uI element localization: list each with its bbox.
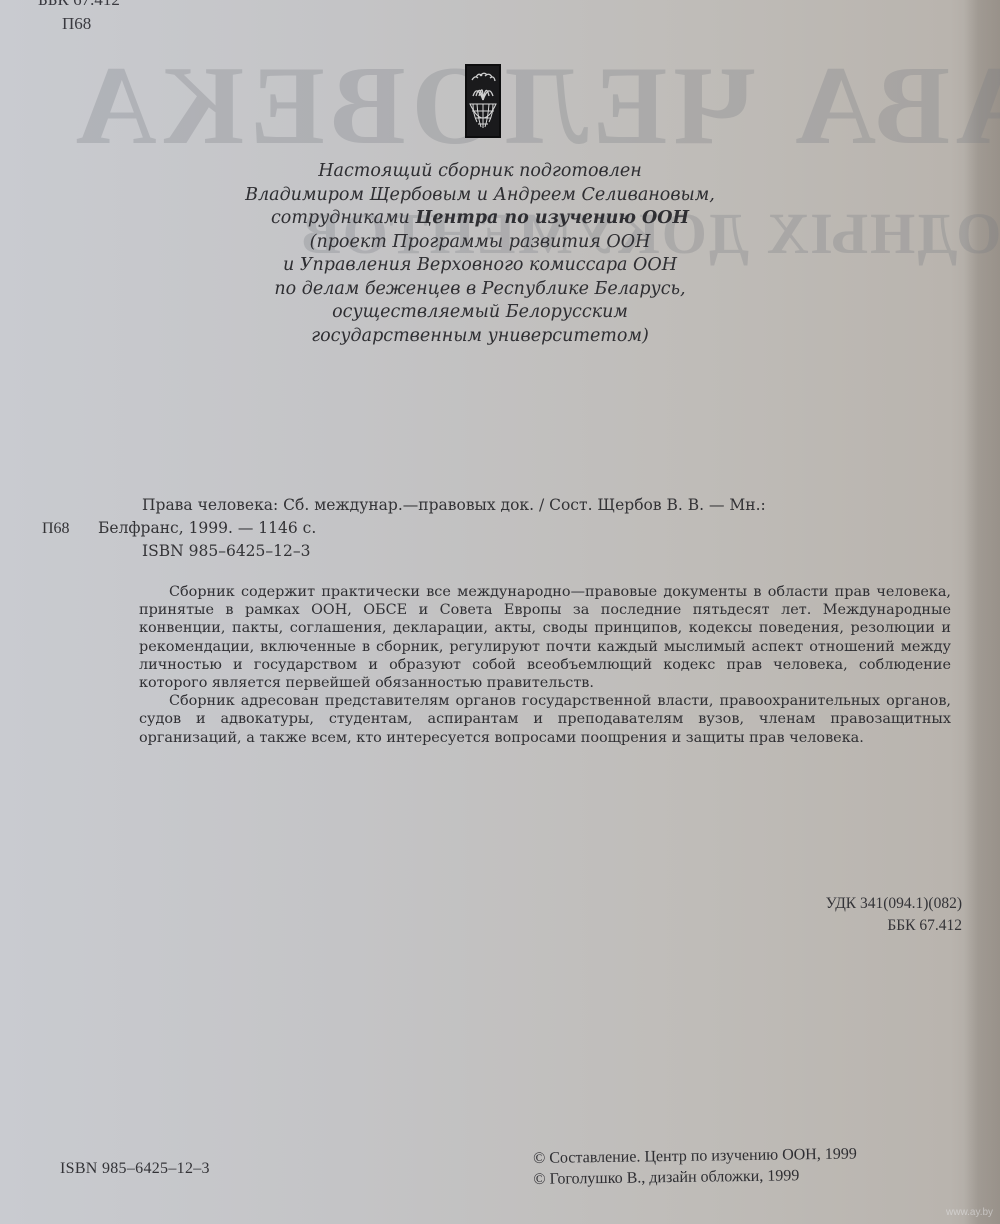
author-mark-top: П68 <box>62 14 91 34</box>
credits-line: осуществляемый Белорусским <box>170 301 790 325</box>
abstract-paragraph: Сборник адресован представителям органов… <box>139 692 951 747</box>
globe-laurel-emblem-icon <box>467 66 499 136</box>
bleed-through-cover-title: ПРАВА ЧЕЛОВЕКА <box>70 42 1000 171</box>
publisher-logo <box>465 64 501 138</box>
catalog-author-mark: П68 <box>42 517 70 540</box>
catalog-entry: Права человека: Сб. междунар.—правовых д… <box>0 494 1000 563</box>
bbk-code: ББК 67.412 <box>826 915 962 937</box>
credits-line: Настоящий сборник подготовлен <box>170 160 790 184</box>
catalog-isbn-line: ISBN 985–6425–12–3 <box>142 540 311 563</box>
udk-code: УДК 341(094.1)(082) <box>826 893 962 915</box>
book-abstract: Сборник содержит практически все междуна… <box>139 583 951 747</box>
isbn-number: ISBN 985–6425–12–3 <box>60 1160 210 1178</box>
credits-line-text: сотрудниками <box>271 208 410 228</box>
site-watermark: www.ay.by <box>946 1207 993 1218</box>
catalog-title-line: Права человека: Сб. междунар.—правовых д… <box>142 494 766 517</box>
classification-codes: УДК 341(094.1)(082) ББК 67.412 <box>826 893 962 937</box>
credits-line: сотрудниками Центра по изучению ООН <box>170 207 790 231</box>
credits-line: по делам беженцев в Республике Беларусь, <box>170 278 790 302</box>
catalog-publisher-line: Белфранс, 1999. — 1146 с. <box>98 517 316 540</box>
catalog-row: Права человека: Сб. междунар.—правовых д… <box>0 494 1000 517</box>
copyright-line: © Гоголушко В., дизайн обложки, 1999 <box>533 1164 857 1190</box>
cut-off-classification-code: ББК 67.412 <box>38 0 120 10</box>
credits-organization-name: Центра по изучению ООН <box>415 208 689 228</box>
copyright-notices: © Составление. Центр по изучению ООН, 19… <box>533 1143 857 1190</box>
catalog-row: П68 Белфранс, 1999. — 1146 с. <box>0 517 1000 540</box>
credits-line: и Управления Верховного комиссара ООН <box>170 254 790 278</box>
credits-line: (проект Программы развития ООН <box>170 231 790 255</box>
credits-line: государственным университетом) <box>170 325 790 349</box>
catalog-row: ISBN 985–6425–12–3 <box>0 540 1000 563</box>
page-edge-shadow <box>964 0 1000 1224</box>
copyright-line: © Составление. Центр по изучению ООН, 19… <box>533 1143 857 1169</box>
compilers-credits: Настоящий сборник подготовлен Владимиром… <box>170 160 790 348</box>
abstract-paragraph: Сборник содержит практически все междуна… <box>139 583 951 692</box>
credits-line: Владимиром Щербовым и Андреем Селивановы… <box>170 184 790 208</box>
